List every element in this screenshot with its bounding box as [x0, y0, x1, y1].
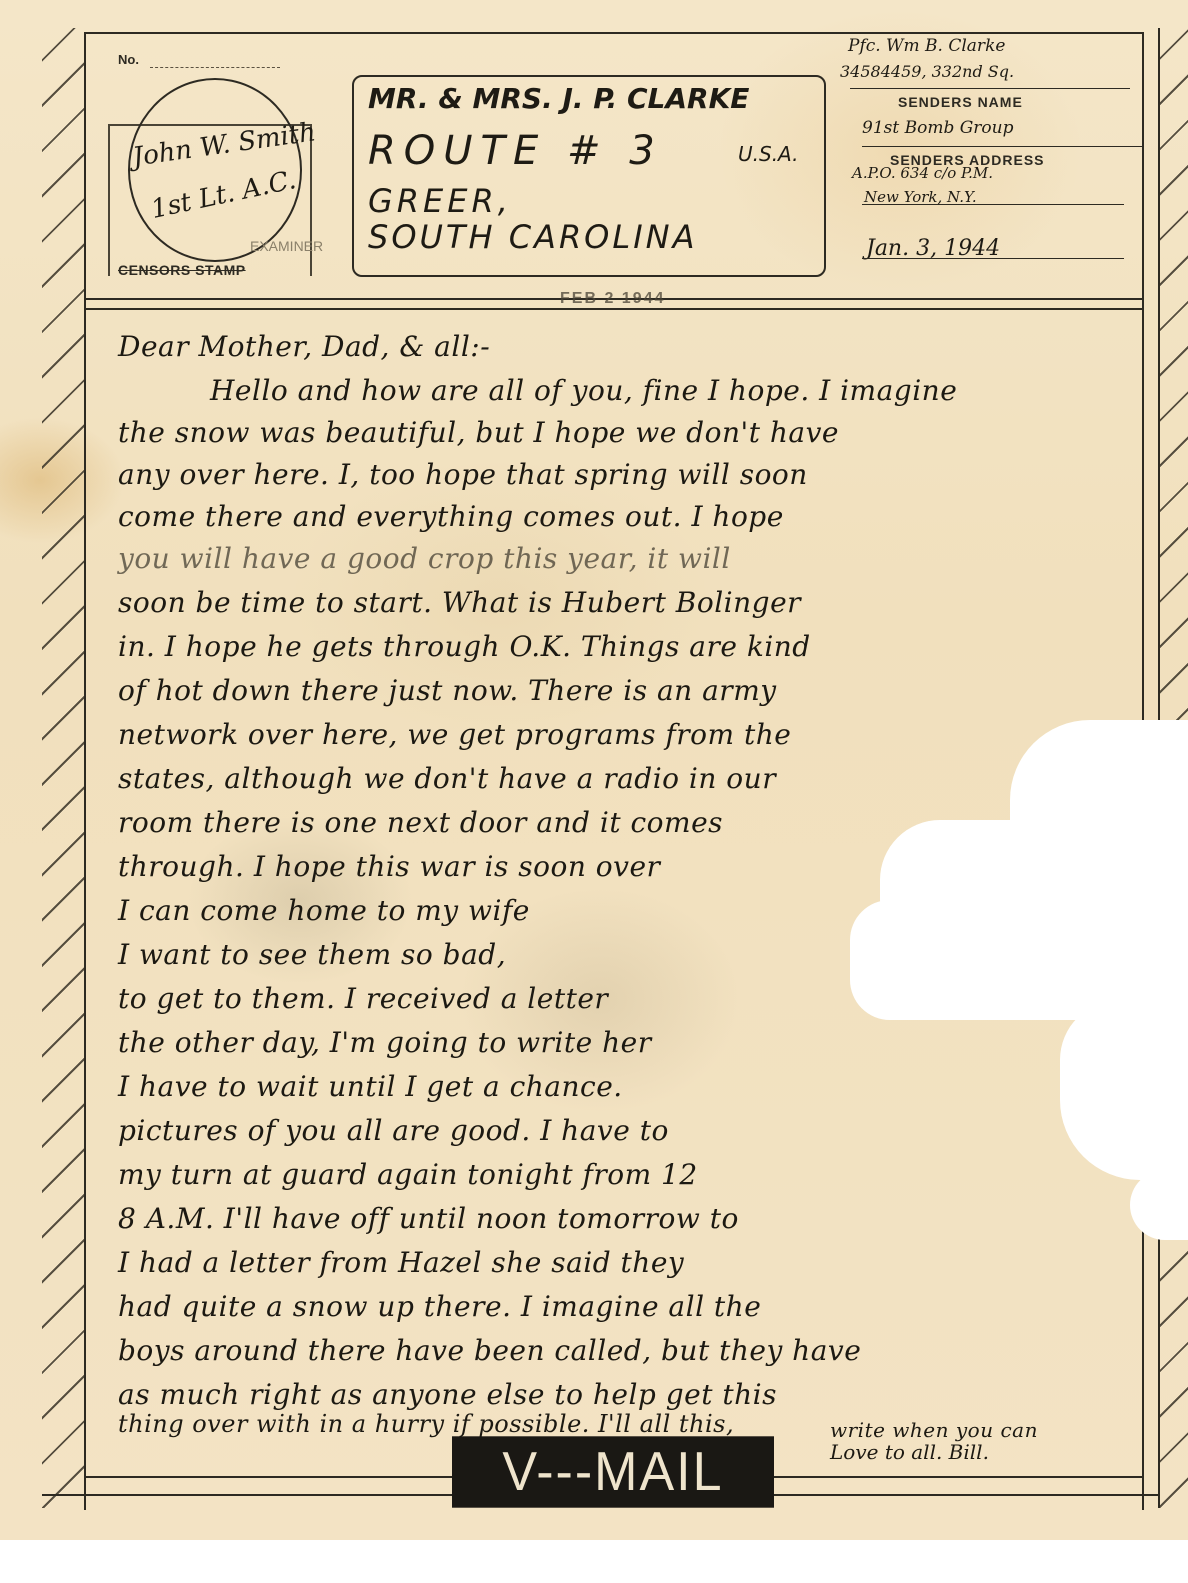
censor-stamp-label: CENSORS STAMP — [118, 262, 246, 278]
senders-name-label: SENDERS NAME — [898, 94, 1023, 110]
sender-address-underline — [862, 146, 1142, 147]
sender-address-line-2: A.P.O. 634 c/o P.M. — [852, 164, 993, 182]
sender-name-underline — [850, 88, 1130, 89]
letter-line: as much right as anyone else to help get… — [118, 1378, 777, 1411]
sender-name-line-1: Pfc. Wm B. Clarke — [848, 36, 1005, 56]
letter-line: I have to wait until I get a chance. — [118, 1070, 623, 1103]
date-underline — [862, 258, 1124, 259]
letter-line: the snow was beautiful, but I hope we do… — [118, 416, 839, 449]
letter-line: the other day, I'm going to write her — [118, 1026, 652, 1059]
letter-line: my turn at guard again tonight from 12 — [118, 1158, 698, 1191]
letter-line: boys around there have been called, but … — [118, 1334, 861, 1367]
v-mail-letter-sheet: No. John W. Smith 1st Lt. A.C. EXAMINER … — [0, 0, 1188, 1540]
letter-salutation: Dear Mother, Dad, & all:- — [118, 330, 490, 363]
sender-address-line-1: 91st Bomb Group — [862, 118, 1014, 138]
sender-address-underline-2 — [862, 204, 1124, 205]
recipient-name: MR. & MRS. J. P. CLARKE — [368, 82, 749, 115]
postmark-date: FEB 2 1944 — [560, 290, 665, 308]
letter-line: states, although we don't have a radio i… — [118, 762, 776, 795]
letter-line: I had a letter from Hazel she said they — [118, 1246, 684, 1279]
frame-left-line — [84, 32, 86, 1510]
letter-line: thing over with in a hurry if possible. … — [118, 1410, 734, 1438]
left-hatched-border — [42, 28, 84, 1508]
letter-line: you will have a good crop this year, it … — [118, 542, 731, 575]
letter-line: I can come home to my wife — [118, 894, 530, 927]
v-mail-banner: V---MAIL — [452, 1436, 774, 1507]
form-number-label: No. — [118, 52, 139, 67]
frame-top-line — [84, 32, 1142, 34]
torn-hole — [1130, 1170, 1188, 1240]
letter-line: to get to them. I received a letter — [118, 982, 608, 1015]
recipient-country: U.S.A. — [738, 142, 798, 166]
torn-hole — [1010, 720, 1188, 880]
letter-line: any over here. I, too hope that spring w… — [118, 458, 808, 491]
sender-name-line-2: 34584459, 332nd Sq. — [840, 62, 1014, 81]
letter-closing: Love to all. Bill. — [830, 1440, 989, 1464]
letter-line: in. I hope he gets through O.K. Things a… — [118, 630, 811, 663]
recipient-route: ROUTE # 3 — [368, 128, 663, 174]
form-number-field — [150, 66, 280, 68]
letter-line: soon be time to start. What is Hubert Bo… — [118, 586, 801, 619]
censor-examiner-text: EXAMINER — [250, 238, 323, 254]
recipient-state: SOUTH CAROLINA — [368, 218, 697, 256]
letter-line: had quite a snow up there. I imagine all… — [118, 1290, 761, 1323]
letter-line: come there and everything comes out. I h… — [118, 500, 784, 533]
torn-hole — [1060, 1000, 1188, 1180]
letter-line: room there is one next door and it comes — [118, 806, 723, 839]
letter-line: write when you can — [830, 1418, 1038, 1442]
letter-line: network over here, we get programs from … — [118, 718, 791, 751]
header-divider-2 — [84, 308, 1142, 310]
letter-line: through. I hope this war is soon over — [118, 850, 660, 883]
letter-line: I want to see them so bad, — [118, 938, 506, 971]
letter-line: pictures of you all are good. I have to — [118, 1114, 669, 1147]
recipient-city: GREER, — [368, 182, 512, 220]
letter-line: of hot down there just now. There is an … — [118, 674, 777, 707]
letter-line: 8 A.M. I'll have off until noon tomorrow… — [118, 1202, 739, 1235]
letter-line: Hello and how are all of you, fine I hop… — [210, 374, 957, 407]
